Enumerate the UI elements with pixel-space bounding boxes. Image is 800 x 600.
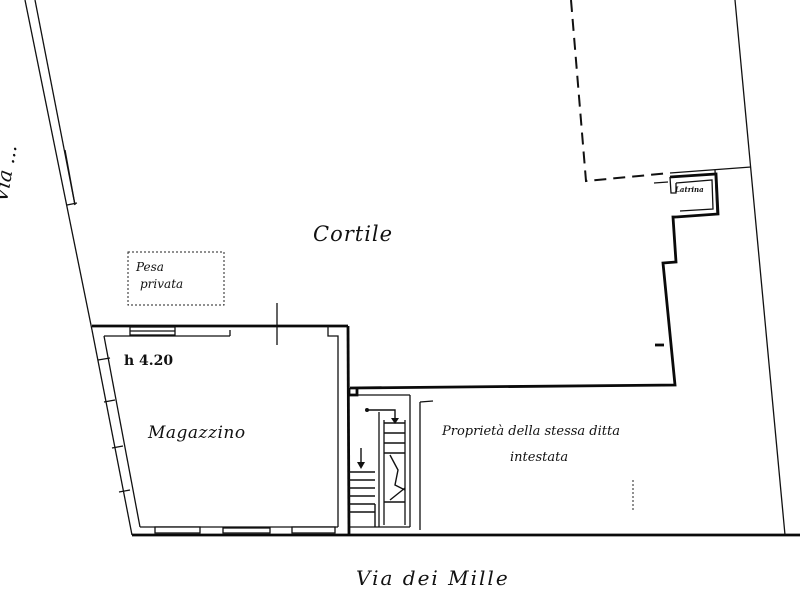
courtyard-label: Cortile	[313, 224, 393, 245]
adjacent-property-label-line1: Proprietà della stessa ditta	[442, 425, 620, 438]
stairwell	[349, 388, 410, 527]
right-boundary-wall	[735, 0, 785, 535]
street-name-bottom: Via dei Mille	[356, 568, 510, 588]
floor-plan-drawing	[0, 0, 800, 600]
adjacent-property-walls	[420, 401, 633, 530]
adjacent-property-label-line2: intestata	[510, 451, 568, 464]
warehouse-label: Magazzino	[148, 425, 246, 442]
dashed-outline	[571, 0, 670, 181]
small-room-label: Latrina	[675, 186, 704, 193]
courtyard-right-wall	[350, 217, 676, 388]
scale-area-label-line2: privata	[140, 278, 183, 290]
scale-area-label-line1: Pesa	[136, 261, 164, 273]
upper-right-wall	[670, 167, 751, 173]
warehouse-walls	[92, 303, 349, 535]
ceiling-height-marker: h 4.20	[124, 354, 173, 368]
left-boundary-wall	[25, 0, 132, 535]
